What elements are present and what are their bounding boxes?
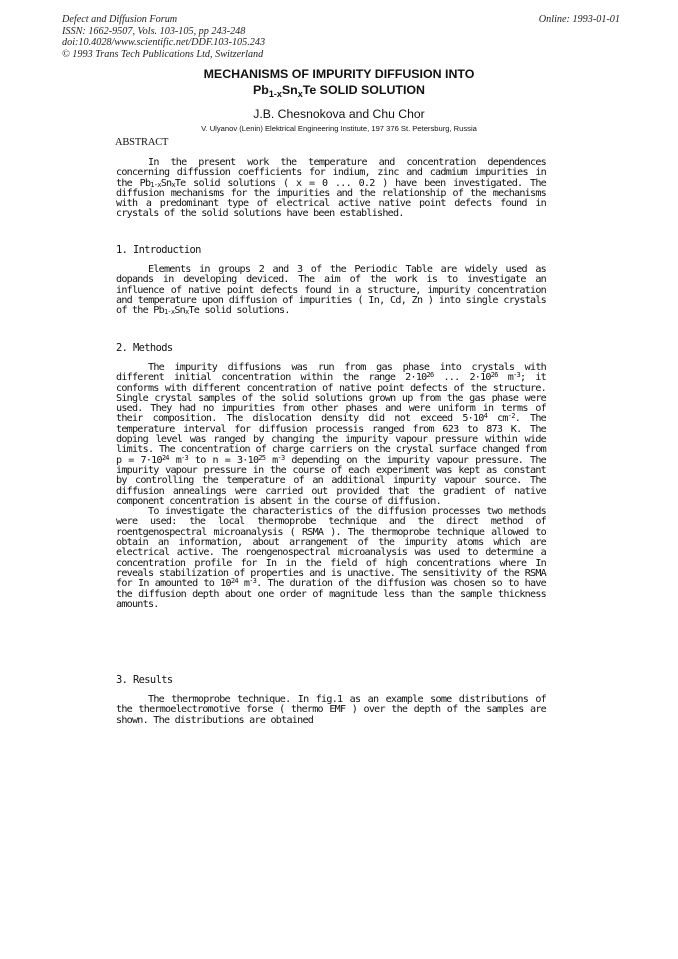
title-line-1: MECHANISMS OF IMPURITY DIFFUSION INTO [0, 67, 678, 83]
issn-line: ISSN: 1662-9507, Vols. 103-105, pp 243-2… [62, 26, 265, 38]
section-heading-results: 3. Results [116, 674, 173, 686]
doi-line: doi:10.4028/www.scientific.net/DDF.103-1… [62, 37, 265, 49]
copyright-line: © 1993 Trans Tech Publications Ltd, Swit… [62, 49, 265, 61]
methods-body: The impurity diffusions was run from gas… [116, 363, 546, 610]
abstract-heading: ABSTRACT [115, 137, 168, 148]
abstract-body: In the present work the temperature and … [116, 158, 546, 220]
journal-header: Defect and Diffusion Forum ISSN: 1662-95… [62, 14, 265, 60]
section-heading-introduction: 1. Introduction [116, 244, 201, 256]
authors: J.B. Chesnokova and Chu Chor [0, 107, 678, 121]
results-body: The thermoprobe technique. In fig.1 as a… [116, 695, 546, 726]
title-line-2: Pb1-xSnxTe SOLID SOLUTION [0, 83, 678, 103]
online-date: Online: 1993-01-01 [539, 14, 620, 25]
section-heading-methods: 2. Methods [116, 342, 173, 354]
paper-title: MECHANISMS OF IMPURITY DIFFUSION INTO Pb… [0, 67, 678, 102]
journal-name: Defect and Diffusion Forum [62, 14, 265, 26]
introduction-body: Elements in groups 2 and 3 of the Period… [116, 265, 546, 316]
affiliation: V. Ulyanov (Lenin) Elektrical Engineerin… [0, 124, 678, 133]
